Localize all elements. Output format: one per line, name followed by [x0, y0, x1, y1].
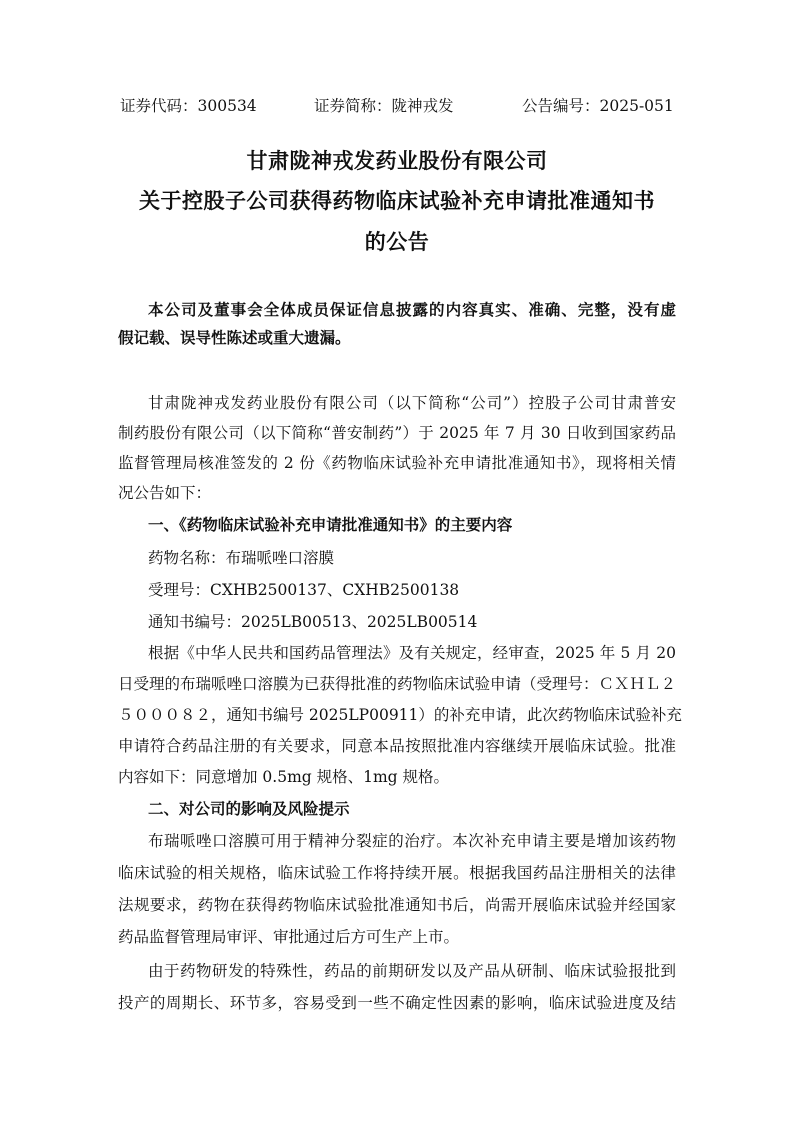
section2-para2-line: 投产的周期长、环节多，容易受到一些不确定性因素的影响，临床试验进度及结 — [118, 992, 676, 1014]
intro-line: 监督管理局核准签发的 2 份《药物临床试验补充申请批准通知书》，现将相关情 — [118, 452, 676, 474]
section1-body-line: 日受理的布瑞哌唑口溶膜为已获得批准的药物临床试验申请（受理号：ＣＸＨＬ２ — [118, 673, 676, 695]
section1-body-line: 根据《中华人民共和国药品管理法》及有关规定，经审查，2025 年 5 月 20 — [148, 642, 676, 664]
announcement-number: 公告编号：2025-051 — [522, 94, 674, 118]
section2-para1-line: 布瑞哌唑口溶膜可用于精神分裂症的治疗。本次补充申请主要是增加该药物 — [148, 830, 676, 852]
notice-number: 通知书编号：2025LB00513、2025LB00514 — [148, 611, 477, 633]
section1-body-line: 内容如下：同意增加 0.5mg 规格、1mg 规格。 — [118, 766, 449, 788]
intro-line: 况公告如下： — [118, 482, 211, 504]
intro-line: 甘肃陇神戎发药业股份有限公司（以下简称“公司”）控股子公司甘肃普安 — [148, 392, 676, 414]
announcement-header: 证券代码：300534 证券简称：陇神戎发 公告编号：2025-051 — [120, 94, 680, 118]
section2-para1-line: 法规要求，药物在获得药物临床试验批准通知书后，尚需开展临床试验并经国家 — [118, 894, 676, 916]
section1-body-line: ５０００８２，通知书编号 2025LP00911）的补充申请，此次药物临床试验补… — [118, 704, 676, 726]
title-company: 甘肃陇神戎发药业股份有限公司 — [0, 146, 794, 176]
section2-para1-line: 药品监督管理局审评、审批通过后方可生产上市。 — [118, 926, 459, 948]
intro-line: 制药股份有限公司（以下简称“普安制药”）于 2025 年 7 月 30 日收到国… — [118, 422, 676, 444]
title-suffix: 的公告 — [0, 227, 794, 257]
document-page: 证券代码：300534 证券简称：陇神戎发 公告编号：2025-051 甘肃陇神… — [0, 0, 794, 1122]
section1-heading: 一、《药物临床试验补充申请批准通知书》的主要内容 — [148, 514, 512, 536]
title-subject: 关于控股子公司获得药物临床试验补充申请批准通知书 — [0, 186, 794, 216]
statement-line: 本公司及董事会全体成员保证信息披露的内容真实、准确、完整，没有虚 — [148, 299, 676, 321]
section2-para2-line: 由于药物研发的特殊性，药品的前期研发以及产品从研制、临床试验报批到 — [148, 960, 676, 982]
stock-code: 证券代码：300534 — [120, 94, 257, 118]
section1-body-line: 申请符合药品注册的有关要求，同意本品按照批准内容继续开展临床试验。批准 — [118, 735, 676, 757]
section2-heading: 二、对公司的影响及风险提示 — [148, 798, 350, 820]
acceptance-number: 受理号：CXHB2500137、CXHB2500138 — [148, 579, 459, 601]
section2-para1-line: 临床试验的相关规格，临床试验工作将持续开展。根据我国药品注册相关的法律 — [118, 862, 676, 884]
stock-short-name: 证券简称：陇神戎发 — [314, 94, 454, 118]
drug-name: 药物名称：布瑞哌唑口溶膜 — [148, 547, 334, 569]
statement-line: 假记载、误导性陈述或重大遗漏。 — [118, 327, 351, 349]
